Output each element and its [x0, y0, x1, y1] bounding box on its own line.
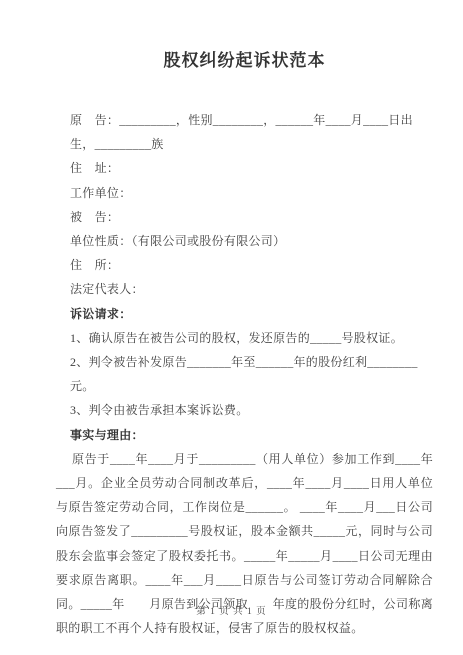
page-number-footer: 第 1 页 共 1 页 — [0, 603, 463, 617]
document-title: 股权纠纷起诉状范本 — [56, 50, 433, 72]
claim-item-2: 2、判令被告补发原告_______年至______年的股份红利________元… — [56, 350, 433, 398]
field-defendant: 被 告： — [56, 205, 433, 229]
document-page: 股权纠纷起诉状范本 原 告：_________，性别________，_____… — [0, 0, 463, 655]
field-company-type: 单位性质：（有限公司或股份有限公司） — [56, 229, 433, 253]
field-address: 住 址： — [56, 156, 433, 180]
field-domicile: 住 所： — [56, 253, 433, 277]
section-heading-claims: 诉讼请求： — [56, 302, 433, 326]
field-employer: 工作单位： — [56, 181, 433, 205]
field-plaintiff: 原 告：_________，性别________，______年____月___… — [56, 108, 433, 156]
section-heading-facts: 事实与理由： — [56, 423, 433, 447]
field-legal-representative: 法定代表人： — [56, 277, 433, 301]
claim-item-3: 3、判令由被告承担本案诉讼费。 — [56, 398, 433, 422]
claim-item-1: 1、确认原告在被告公司的股权，发还原告的_____号股权证。 — [56, 326, 433, 350]
